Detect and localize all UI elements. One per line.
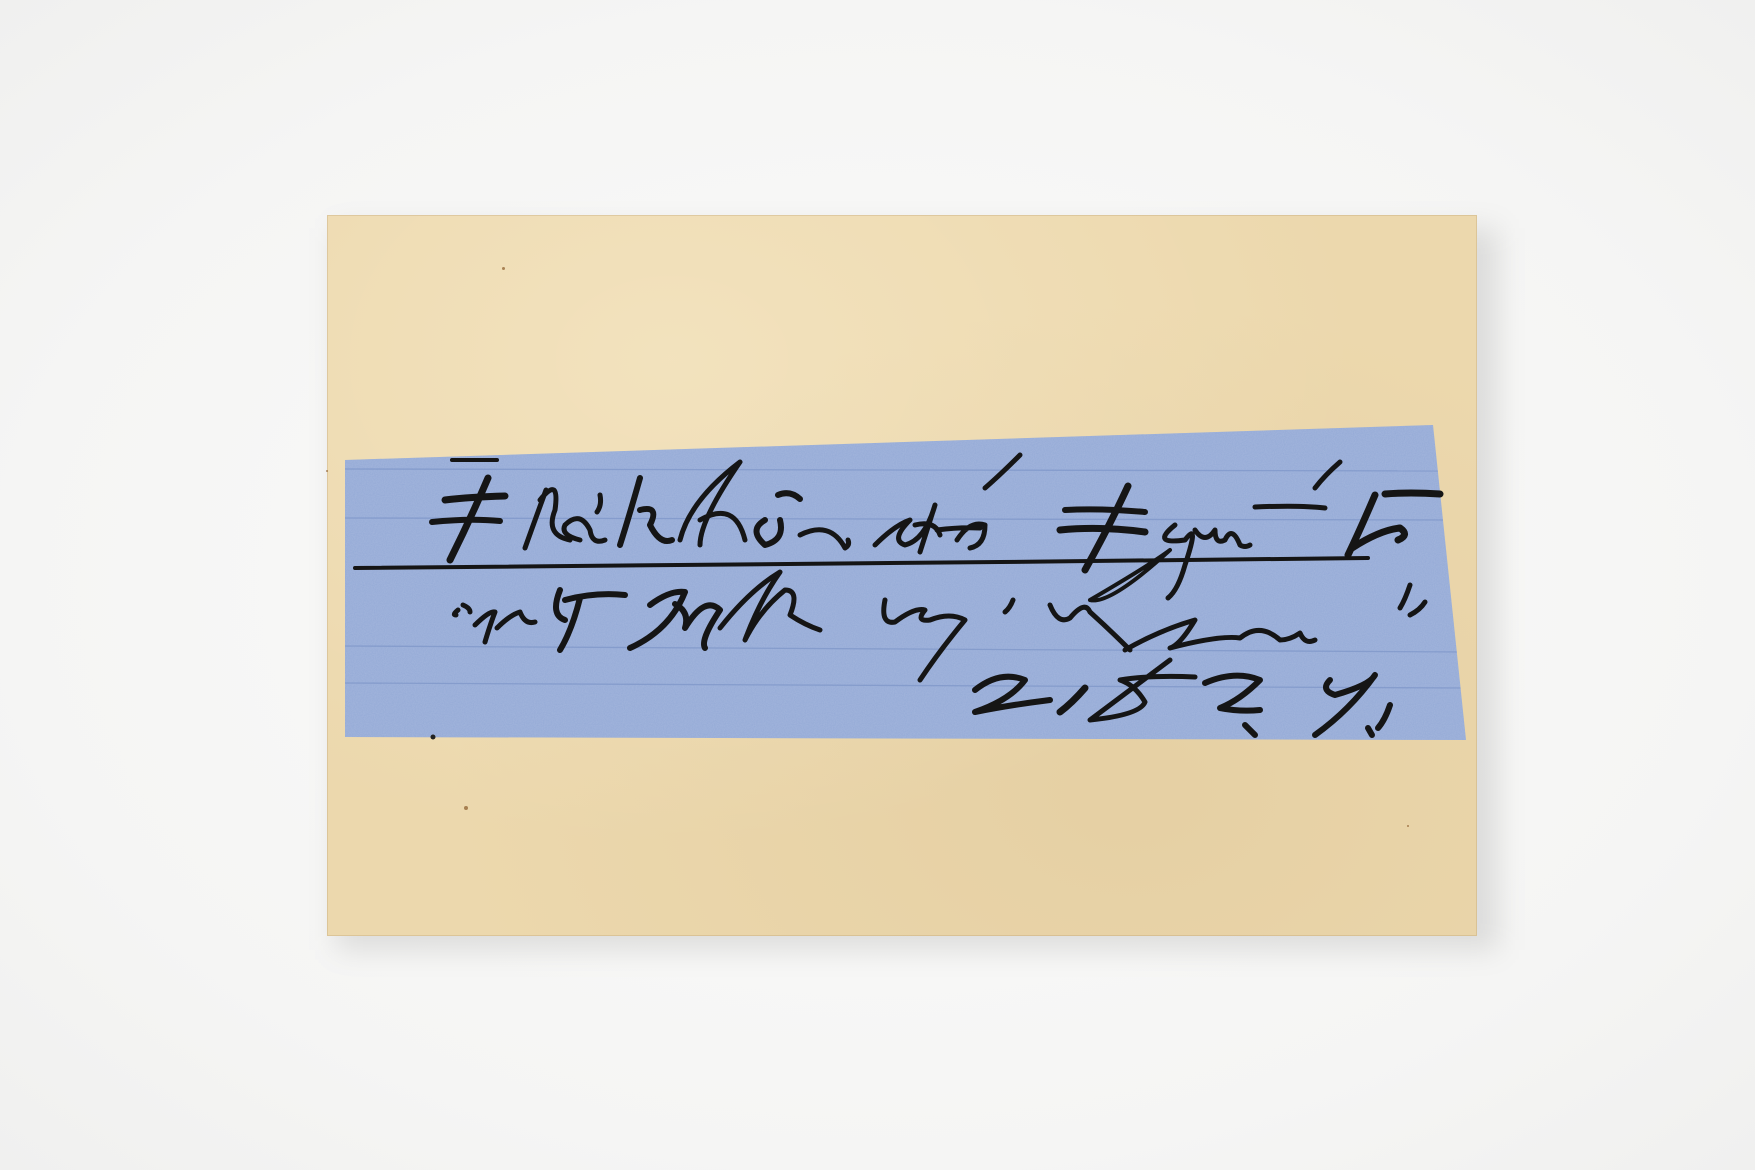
photo-scene: Fkákken shó Fgún t "uyf Tallerúg im plam… — [0, 0, 1755, 1170]
note-strip-layer — [0, 0, 1755, 1170]
ink-dot — [431, 735, 436, 740]
blue-paper-strip — [345, 425, 1466, 740]
